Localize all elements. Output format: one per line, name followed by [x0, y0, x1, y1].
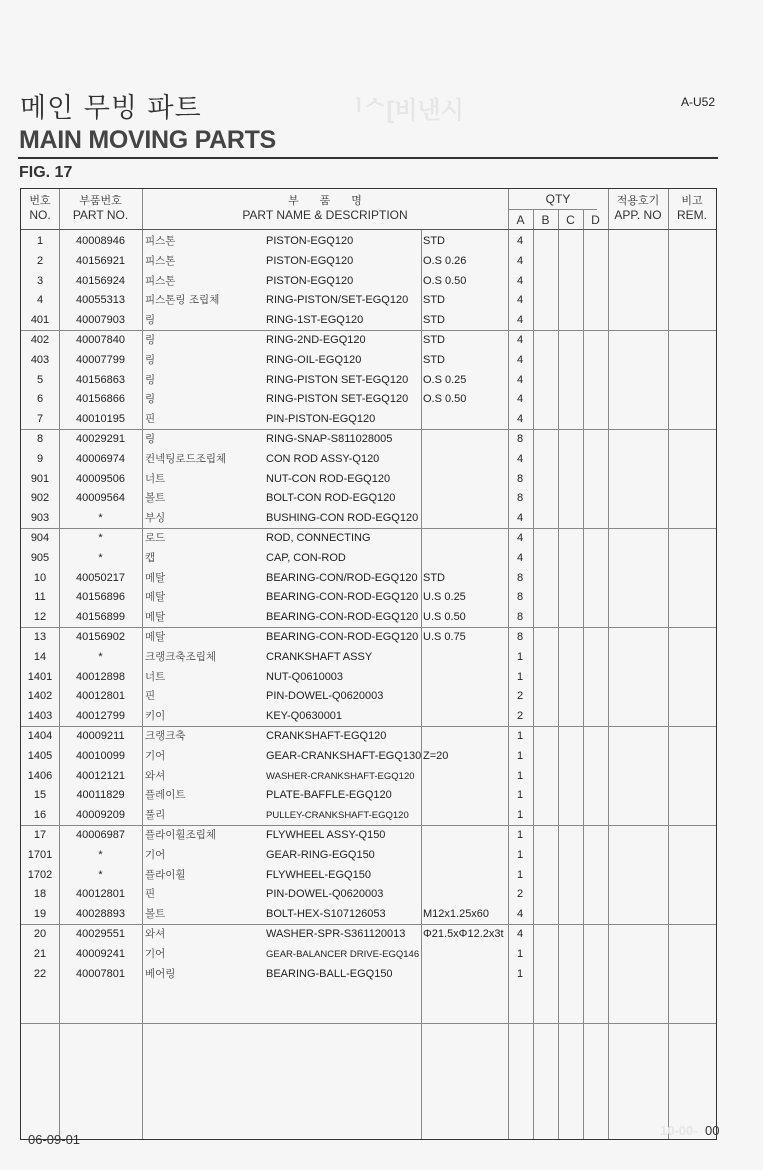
qty-a: 2 — [508, 707, 532, 727]
table-row: 940006974컨넥팅로드조립체CON ROD ASSY-Q1204 — [21, 450, 716, 470]
part-number: 40007799 — [59, 351, 142, 371]
qty-a: 4 — [508, 351, 532, 371]
table-row: 1940028893볼트BOLT-HEX-S107126053M12x1.25x… — [21, 905, 716, 925]
item-number: 11 — [21, 588, 59, 608]
item-number: 6 — [21, 390, 59, 410]
part-name-korean: 기어 — [145, 747, 165, 767]
table-row: 340156924피스톤PISTON-EGQ120O.S 0.504 — [21, 272, 716, 292]
qty-a: 1 — [508, 826, 532, 846]
parts-table: 번호NO. 부품번호PART NO. 부 품 명PART NAME & DESC… — [20, 188, 717, 1140]
part-name-korean: 크랭크축 — [145, 727, 186, 747]
table-row: 1340156902메탈BEARING-CON-ROD-EGQ120U.S 0.… — [21, 628, 716, 648]
part-name-korean: 피스톤링 조립체 — [145, 291, 219, 311]
item-number: 7 — [21, 410, 59, 430]
item-number: 5 — [21, 371, 59, 391]
part-spec: U.S 0.25 — [423, 588, 466, 608]
table-row: 40340007799링RING-OIL-EGQ120STD4 — [21, 351, 716, 371]
item-number: 1404 — [21, 727, 59, 747]
group-divider — [21, 1023, 716, 1024]
item-number: 1403 — [21, 707, 59, 727]
part-name-english: PULLEY-CRANKSHAFT-EGQ120 — [266, 806, 409, 826]
part-number: 40029551 — [59, 925, 142, 945]
part-spec: STD — [423, 569, 445, 589]
item-number: 402 — [21, 331, 59, 351]
item-number: 15 — [21, 786, 59, 806]
group-divider — [21, 429, 716, 430]
figure-label: FIG. 17 — [19, 164, 72, 182]
part-number: 40156921 — [59, 252, 142, 272]
part-name-korean: 와셔 — [145, 925, 165, 945]
item-number: 9 — [21, 450, 59, 470]
part-name-english: ROD, CONNECTING — [266, 529, 371, 549]
part-name-korean: 풀리 — [145, 806, 165, 826]
item-number: 902 — [21, 489, 59, 509]
part-number: 40156896 — [59, 588, 142, 608]
part-name-english: GEAR-BALANCER DRIVE-EGQ146 — [266, 945, 419, 965]
header-qty: QTY — [508, 192, 608, 206]
item-number: 14 — [21, 648, 59, 668]
part-name-korean: 플라이휠조립체 — [145, 826, 216, 846]
part-name-korean: 링 — [145, 371, 155, 391]
header-qty-b: B — [533, 213, 558, 227]
item-number: 1401 — [21, 668, 59, 688]
part-number: * — [59, 509, 142, 529]
qty-a: 4 — [508, 252, 532, 272]
table-row: 740010195핀PIN-PISTON-EGQ1204 — [21, 410, 716, 430]
table-row: 1702*플라이휠FLYWHEEL-EGQ1501 — [21, 866, 716, 886]
part-spec: O.S 0.50 — [423, 390, 466, 410]
part-spec: STD — [423, 291, 445, 311]
table-row: 40240007840링RING-2ND-EGQ120STD4 — [21, 331, 716, 351]
part-name-korean: 핀 — [145, 687, 155, 707]
part-name-english: GEAR-RING-EGQ150 — [266, 846, 375, 866]
part-number: 40156899 — [59, 608, 142, 628]
part-name-korean: 컨넥팅로드조립체 — [145, 450, 226, 470]
part-spec: STD — [423, 232, 445, 252]
qty-a: 1 — [508, 786, 532, 806]
part-number: * — [59, 529, 142, 549]
part-name-korean: 링 — [145, 311, 155, 331]
table-row: 90140009506너트NUT-CON ROD-EGQ1208 — [21, 470, 716, 490]
part-name-english: RING-PISTON SET-EGQ120 — [266, 390, 408, 410]
part-number: 40011829 — [59, 786, 142, 806]
part-number: 40009564 — [59, 489, 142, 509]
part-name-english: RING-PISTON/SET-EGQ120 — [266, 291, 408, 311]
part-name-english: RING-SNAP-S811028005 — [266, 430, 392, 450]
part-number: * — [59, 866, 142, 886]
item-number: 16 — [21, 806, 59, 826]
part-number: 40009241 — [59, 945, 142, 965]
part-number: 40009209 — [59, 806, 142, 826]
qty-a: 4 — [508, 410, 532, 430]
part-name-korean: 메탈 — [145, 588, 165, 608]
table-row: 14*크랭크축조립체CRANKSHAFT ASSY1 — [21, 648, 716, 668]
part-number: 40055313 — [59, 291, 142, 311]
part-name-korean: 링 — [145, 351, 155, 371]
qty-a: 8 — [508, 588, 532, 608]
part-name-korean: 메탈 — [145, 608, 165, 628]
part-name-english: BEARING-CON-ROD-EGQ120 — [266, 628, 418, 648]
header-part-name: 부 품 명PART NAME & DESCRIPTION — [142, 194, 508, 222]
part-number: * — [59, 549, 142, 569]
item-number: 1 — [21, 232, 59, 252]
part-number: 40010195 — [59, 410, 142, 430]
header-divider — [21, 229, 716, 230]
qty-a: 8 — [508, 430, 532, 450]
part-number: 40012801 — [59, 687, 142, 707]
part-spec: U.S 0.75 — [423, 628, 466, 648]
group-divider — [21, 825, 716, 826]
item-number: 8 — [21, 430, 59, 450]
item-number: 19 — [21, 905, 59, 925]
header-app-no: 적용호기APP. NO — [608, 194, 668, 222]
item-number: 13 — [21, 628, 59, 648]
part-number: 40007801 — [59, 965, 142, 985]
part-name-korean: 핀 — [145, 885, 155, 905]
item-number: 401 — [21, 311, 59, 331]
header-no: 번호NO. — [21, 194, 59, 222]
part-name-english: CAP, CON-ROD — [266, 549, 346, 569]
part-name-korean: 기어 — [145, 945, 165, 965]
item-number: 12 — [21, 608, 59, 628]
part-number: 40156902 — [59, 628, 142, 648]
part-name-english: BEARING-CON-ROD-EGQ120 — [266, 588, 418, 608]
qty-a: 4 — [508, 549, 532, 569]
part-name-korean: 로드 — [145, 529, 165, 549]
part-spec: U.S 0.50 — [423, 608, 466, 628]
part-name-korean: 링 — [145, 331, 155, 351]
part-name-korean: 키이 — [145, 707, 165, 727]
qty-a: 8 — [508, 628, 532, 648]
qty-a: 1 — [508, 648, 532, 668]
table-row: 540156863링RING-PISTON SET-EGQ120O.S 0.25… — [21, 371, 716, 391]
qty-a: 4 — [508, 905, 532, 925]
table-row: 1140156896메탈BEARING-CON-ROD-EGQ120U.S 0.… — [21, 588, 716, 608]
item-number: 21 — [21, 945, 59, 965]
table-row: 140008946피스톤PISTON-EGQ120STD4 — [21, 232, 716, 252]
group-divider — [21, 924, 716, 925]
qty-a: 1 — [508, 727, 532, 747]
header-remarks: 비고REM. — [668, 194, 716, 222]
qty-a: 1 — [508, 767, 532, 787]
qty-a: 1 — [508, 747, 532, 767]
qty-a: 4 — [508, 371, 532, 391]
qty-a: 4 — [508, 232, 532, 252]
item-number: 1406 — [21, 767, 59, 787]
part-number: * — [59, 648, 142, 668]
qty-a: 1 — [508, 866, 532, 886]
part-name-english: BEARING-CON-ROD-EGQ120 — [266, 608, 418, 628]
part-name-english: NUT-Q0610003 — [266, 668, 343, 688]
item-number: 17 — [21, 826, 59, 846]
qty-a: 4 — [508, 529, 532, 549]
qty-a: 4 — [508, 509, 532, 529]
item-number: 403 — [21, 351, 59, 371]
table-row: 140340012799키이KEY-Q06300012 — [21, 707, 716, 727]
part-spec: Φ21.5xΦ12.2x3t — [423, 925, 504, 945]
table-row: 1040050217메탈BEARING-CON/ROD-EGQ120STD8 — [21, 569, 716, 589]
qty-a: 4 — [508, 272, 532, 292]
part-number: 40008946 — [59, 232, 142, 252]
table-row: 140240012801핀PIN-DOWEL-Q06200032 — [21, 687, 716, 707]
part-name-korean: 메탈 — [145, 569, 165, 589]
item-number: 905 — [21, 549, 59, 569]
table-row: 2140009241기어GEAR-BALANCER DRIVE-EGQ1461 — [21, 945, 716, 965]
table-row: 1240156899메탈BEARING-CON-ROD-EGQ120U.S 0.… — [21, 608, 716, 628]
part-name-korean: 와셔 — [145, 767, 165, 787]
group-divider — [21, 330, 716, 331]
item-number: 903 — [21, 509, 59, 529]
part-name-korean: 피스톤 — [145, 272, 175, 292]
table-row: 840029291링RING-SNAP-S8110280058 — [21, 430, 716, 450]
part-spec: STD — [423, 351, 445, 371]
qty-a: 2 — [508, 687, 532, 707]
page-code: A-U52 — [681, 95, 715, 109]
part-name-korean: 볼트 — [145, 489, 165, 509]
part-number: 40029291 — [59, 430, 142, 450]
part-number: 40012121 — [59, 767, 142, 787]
group-divider — [21, 726, 716, 727]
part-name-korean: 핀 — [145, 410, 155, 430]
part-name-english: PIN-DOWEL-Q0620003 — [266, 687, 383, 707]
table-row: 1740006987플라이휠조립체FLYWHEEL ASSY-Q1501 — [21, 826, 716, 846]
page-title-korean: 메인 무빙 파트 — [20, 86, 202, 125]
part-name-english: RING-PISTON SET-EGQ120 — [266, 371, 408, 391]
part-name-english: WASHER-SPR-S361120013 — [266, 925, 405, 945]
table-row: 140640012121와셔WASHER-CRANKSHAFT-EGQ1201 — [21, 767, 716, 787]
part-name-korean: 기어 — [145, 846, 165, 866]
part-name-korean: 피스톤 — [145, 232, 175, 252]
part-name-korean: 너트 — [145, 668, 165, 688]
part-name-korean: 메탈 — [145, 628, 165, 648]
part-name-korean: 링 — [145, 430, 155, 450]
header-qty-a: A — [508, 213, 533, 227]
item-number: 1701 — [21, 846, 59, 866]
part-name-english: BOLT-HEX-S107126053 — [266, 905, 386, 925]
group-divider — [21, 528, 716, 529]
qty-a: 1 — [508, 806, 532, 826]
group-divider — [21, 627, 716, 628]
part-number: 40156924 — [59, 272, 142, 292]
part-name-korean: 부싱 — [145, 509, 165, 529]
part-name-english: CRANKSHAFT-EGQ120 — [266, 727, 386, 747]
part-number: 40050217 — [59, 569, 142, 589]
table-row: 440055313피스톤링 조립체RING-PISTON/SET-EGQ120S… — [21, 291, 716, 311]
item-number: 2 — [21, 252, 59, 272]
item-number: 904 — [21, 529, 59, 549]
table-row: 90240009564볼트BOLT-CON ROD-EGQ1208 — [21, 489, 716, 509]
part-name-english: CON ROD ASSY-Q120 — [266, 450, 379, 470]
item-number: 10 — [21, 569, 59, 589]
part-name-korean: 링 — [145, 390, 155, 410]
part-number: 40012799 — [59, 707, 142, 727]
item-number: 20 — [21, 925, 59, 945]
part-name-english: KEY-Q0630001 — [266, 707, 342, 727]
part-name-english: BEARING-CON/ROD-EGQ120 — [266, 569, 418, 589]
part-number: 40156866 — [59, 390, 142, 410]
part-name-english: RING-OIL-EGQ120 — [266, 351, 361, 371]
revision-date: 06-09-01 — [28, 1132, 80, 1147]
part-name-korean: 크랭크축조립체 — [145, 648, 216, 668]
part-number: 40007903 — [59, 311, 142, 331]
item-number: 1402 — [21, 687, 59, 707]
part-number: 40006987 — [59, 826, 142, 846]
qty-a: 1 — [508, 945, 532, 965]
part-spec: O.S 0.25 — [423, 371, 466, 391]
bleed-through-text: 10-00- — [660, 1123, 698, 1138]
item-number: 1405 — [21, 747, 59, 767]
qty-a: 4 — [508, 390, 532, 410]
part-spec: Z=20 — [423, 747, 448, 767]
header-qty-d: D — [583, 213, 608, 227]
qty-a: 4 — [508, 450, 532, 470]
part-name-korean: 캡 — [145, 549, 155, 569]
part-number: 40012801 — [59, 885, 142, 905]
qty-a: 4 — [508, 331, 532, 351]
part-name-english: BUSHING-CON ROD-EGQ120 — [266, 509, 418, 529]
page-title-english: MAIN MOVING PARTS — [19, 126, 276, 155]
part-number: 40009506 — [59, 470, 142, 490]
header-qty-c: C — [558, 213, 583, 227]
part-number: 40007840 — [59, 331, 142, 351]
page-number-suffix: 00 — [705, 1123, 719, 1138]
table-row: 1640009209풀리PULLEY-CRANKSHAFT-EGQ1201 — [21, 806, 716, 826]
part-name-korean: 볼트 — [145, 905, 165, 925]
qty-a: 1 — [508, 965, 532, 985]
part-name-english: PISTON-EGQ120 — [266, 232, 353, 252]
table-row: 905*캡CAP, CON-ROD4 — [21, 549, 716, 569]
part-name-english: FLYWHEEL ASSY-Q150 — [266, 826, 385, 846]
part-number: 40006974 — [59, 450, 142, 470]
qty-a: 8 — [508, 569, 532, 589]
part-name-english: NUT-CON ROD-EGQ120 — [266, 470, 390, 490]
header-part-no: 부품번호PART NO. — [59, 194, 142, 222]
part-name-english: PISTON-EGQ120 — [266, 272, 353, 292]
part-name-english: PIN-PISTON-EGQ120 — [266, 410, 375, 430]
table-row: 240156921피스톤PISTON-EGQ120O.S 0.264 — [21, 252, 716, 272]
table-row: 904*로드ROD, CONNECTING4 — [21, 529, 716, 549]
part-name-english: PLATE-BAFFLE-EGQ120 — [266, 786, 392, 806]
part-name-korean: 플레이트 — [145, 786, 186, 806]
qty-a: 1 — [508, 846, 532, 866]
part-number: 40010099 — [59, 747, 142, 767]
table-row: 640156866링RING-PISTON SET-EGQ120O.S 0.50… — [21, 390, 716, 410]
part-spec: M12x1.25x60 — [423, 905, 489, 925]
table-row: 1840012801핀PIN-DOWEL-Q06200032 — [21, 885, 716, 905]
part-number: 40009211 — [59, 727, 142, 747]
title-divider — [18, 157, 718, 159]
qty-a: 4 — [508, 311, 532, 331]
part-name-english: WASHER-CRANKSHAFT-EGQ120 — [266, 767, 415, 787]
part-name-english: RING-1ST-EGQ120 — [266, 311, 363, 331]
item-number: 4 — [21, 291, 59, 311]
part-spec: STD — [423, 311, 445, 331]
qty-a: 1 — [508, 668, 532, 688]
part-name-english: BOLT-CON ROD-EGQ120 — [266, 489, 395, 509]
table-row: 2240007801베어링BEARING-BALL-EGQ1501 — [21, 965, 716, 985]
table-row: 140440009211크랭크축CRANKSHAFT-EGQ1201 — [21, 727, 716, 747]
part-spec: O.S 0.26 — [423, 252, 466, 272]
item-number: 1702 — [21, 866, 59, 886]
part-name-korean: 플라이휠 — [145, 866, 186, 886]
table-row: 40140007903링RING-1ST-EGQ120STD4 — [21, 311, 716, 331]
qty-a: 4 — [508, 291, 532, 311]
item-number: 3 — [21, 272, 59, 292]
part-name-english: GEAR-CRANKSHAFT-EGQ130 — [266, 747, 421, 767]
part-spec: STD — [423, 331, 445, 351]
qty-a: 8 — [508, 489, 532, 509]
table-row: 1540011829플레이트PLATE-BAFFLE-EGQ1201 — [21, 786, 716, 806]
part-number: 40028893 — [59, 905, 142, 925]
part-name-english: CRANKSHAFT ASSY — [266, 648, 372, 668]
item-number: 901 — [21, 470, 59, 490]
part-name-english: FLYWHEEL-EGQ150 — [266, 866, 371, 886]
part-name-english: BEARING-BALL-EGQ150 — [266, 965, 393, 985]
qty-subheader-divider — [508, 209, 597, 210]
table-row: 140140012898너트NUT-Q06100031 — [21, 668, 716, 688]
item-number: 22 — [21, 965, 59, 985]
qty-a: 8 — [508, 470, 532, 490]
part-name-korean: 피스톤 — [145, 252, 175, 272]
qty-a: 8 — [508, 608, 532, 628]
part-number: 40156863 — [59, 371, 142, 391]
part-name-korean: 베어링 — [145, 965, 175, 985]
qty-a: 2 — [508, 885, 532, 905]
part-name-english: PISTON-EGQ120 — [266, 252, 353, 272]
part-name-english: RING-2ND-EGQ120 — [266, 331, 366, 351]
bleed-through-text: ᅵᄉ[비낸시 — [340, 90, 464, 125]
part-name-english: PIN-DOWEL-Q0620003 — [266, 885, 383, 905]
item-number: 18 — [21, 885, 59, 905]
qty-a: 4 — [508, 925, 532, 945]
table-row: 2040029551와셔WASHER-SPR-S361120013Φ21.5xΦ… — [21, 925, 716, 945]
part-spec: O.S 0.50 — [423, 272, 466, 292]
part-name-korean: 너트 — [145, 470, 165, 490]
table-row: 140540010099기어GEAR-CRANKSHAFT-EGQ130Z=20… — [21, 747, 716, 767]
part-number: 40012898 — [59, 668, 142, 688]
table-row: 903*부싱BUSHING-CON ROD-EGQ1204 — [21, 509, 716, 529]
part-number: * — [59, 846, 142, 866]
table-row: 1701*기어GEAR-RING-EGQ1501 — [21, 846, 716, 866]
